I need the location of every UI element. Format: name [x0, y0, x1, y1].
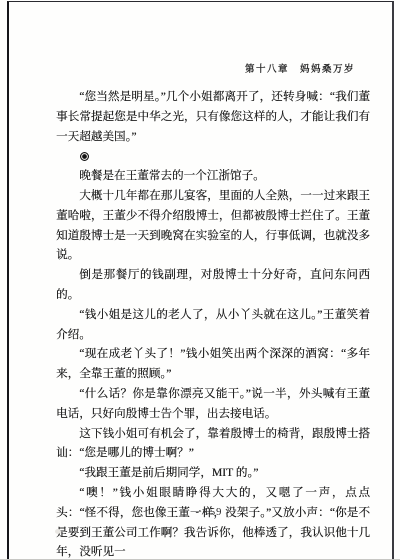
running-header: 第十八章 妈妈桑万岁 [245, 61, 355, 75]
section-divider [56, 146, 370, 166]
paragraph: “噢！”钱小姐眼睛睁得大大的，又嗯了一声，点点头：“怪不得，您也像王董一样，没架… [56, 483, 370, 560]
page-number: - 159 - [56, 507, 370, 518]
paragraph: 大概十几年都在那儿宴客，里面的人全熟，一一过来跟王董哈啦，王董少不得介绍殷博士，… [56, 186, 370, 265]
scan-smudge [55, 529, 61, 534]
paragraph: 晚餐是在王董常去的一个江浙馆子。 [56, 166, 370, 186]
paragraph: “什么话？你是靠你漂亮又能干。”说一半，外头喊有王董电话，只好向殷博士告个罪，出… [56, 384, 370, 424]
paragraph: “我跟王董是前后期同学，MIT 的。” [56, 463, 370, 483]
section-divider-bullseye-icon [80, 152, 89, 161]
page-body: “您当然是明星。”几个小姐都离开了，还转身喊：“我们董事长常提起您是中华之光，只… [56, 87, 370, 560]
paragraph: 倒是那餐厅的钱副理，对殷博士十分好奇，直问东问西的。 [56, 265, 370, 305]
paragraph: “钱小姐是这儿的老人了，从小丫头就在这儿。”王董笑着介绍。 [56, 305, 370, 345]
paragraph: 这下钱小姐可有机会了，靠着殷博士的椅背，跟殷博士搭讪：“您是哪儿的博士啊？” [56, 424, 370, 464]
book-page-scan: 第十八章 妈妈桑万岁 “您当然是明星。”几个小姐都离开了，还转身喊：“我们董事长… [0, 0, 400, 560]
paragraph: “现在成老丫头了！”钱小姐笑出两个深深的酒窝：“多年来，全靠王董的照顾。” [56, 344, 370, 384]
paragraph: “您当然是明星。”几个小姐都离开了，还转身喊：“我们董事长常提起您是中华之光，只… [56, 87, 370, 146]
